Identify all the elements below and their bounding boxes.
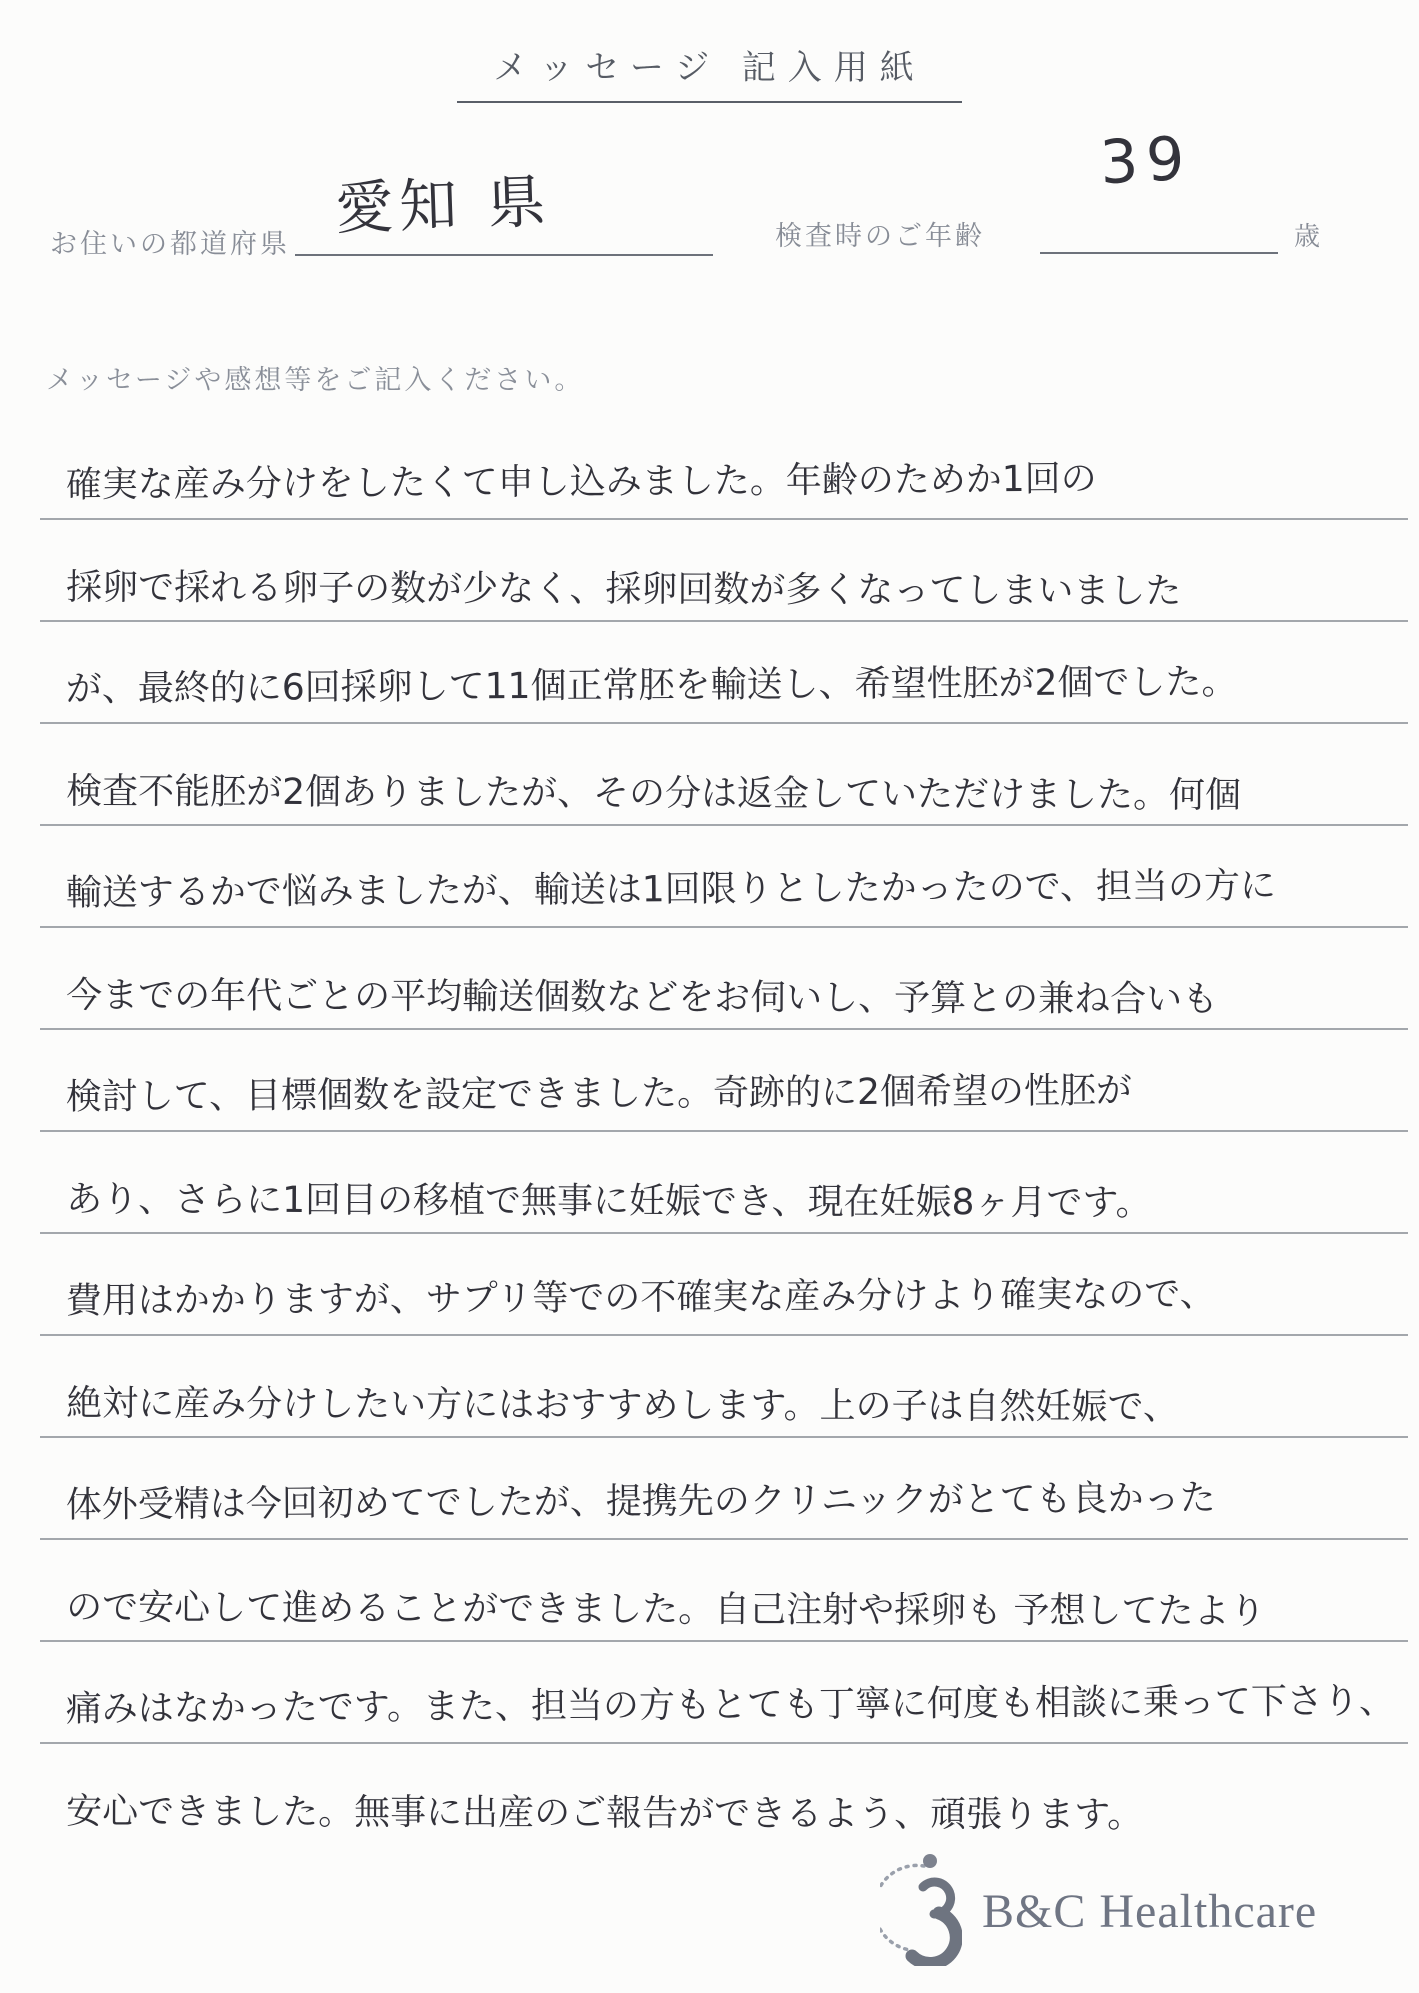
instruction-text: メッセージや感想等をご記入ください。: [46, 358, 584, 397]
message-line: 安心できました。無事に出産のご報告ができるよう、頑張ります。: [40, 1744, 1408, 1844]
page-title: メッセージ 記入用紙: [457, 40, 961, 103]
message-line-text: 検討して、目標個数を設定できました。奇跡的に2個希望の性胚が: [40, 1062, 1133, 1130]
message-line-text: が、最終的に6回採卵して11個正常胚を輸送し、希望性胚が2個でした。: [40, 654, 1238, 722]
message-line-text: あり、さらに1回目の移植で無事に妊娠でき、現在妊娠8ヶ月です。: [40, 1171, 1152, 1236]
age-unit-label: 歳: [1294, 216, 1323, 253]
message-line: 検討して、目標個数を設定できました。奇跡的に2個希望の性胚が: [40, 1030, 1408, 1132]
message-line: 輸送するかで悩みましたが、輸送は1回限りとしたかったので、担当の方に: [40, 826, 1408, 928]
fetus-logo-icon: [880, 1852, 962, 1971]
message-line: 採卵で採れる卵子の数が少なく、採卵回数が多くなってしまいました: [40, 520, 1408, 622]
age-label: 検査時のご年齢: [775, 214, 985, 253]
message-line-text: 確実な産み分けをしたくて申し込みました。年齢のためか1回の: [40, 451, 1097, 518]
message-line: 絶対に産み分けしたい方にはおすすめします。上の子は自然妊娠で、: [40, 1336, 1408, 1438]
message-line: 痛みはなかったです。また、担当の方もとても丁寧に何度も相談に乗って下さり、: [40, 1642, 1408, 1744]
title-row: メッセージ 記入用紙: [0, 40, 1419, 103]
company-logo: B&C Healthcare: [880, 1852, 1317, 1971]
message-line: 体外受精は今回初めてでしたが、提携先のクリニックがとても良かった: [40, 1438, 1408, 1540]
message-line: が、最終的に6回採卵して11個正常胚を輸送し、希望性胚が2個でした。: [40, 622, 1408, 724]
message-line-text: ので安心して進めることができました。自己注射や採卵も 予想してたより: [40, 1579, 1266, 1644]
message-line: 費用はかかりますが、サプリ等での不確実な産み分けより確実なので、: [40, 1234, 1408, 1336]
message-body: 確実な産み分けをしたくて申し込みました。年齢のためか1回の 採卵で採れる卵子の数…: [40, 418, 1408, 1844]
message-line-text: 痛みはなかったです。また、担当の方もとても丁寧に何度も相談に乗って下さり、: [40, 1673, 1395, 1742]
message-line-text: 検査不能胚が2個ありましたが、その分は返金していただけました。何個: [40, 763, 1241, 828]
message-line: ので安心して進めることができました。自己注射や採卵も 予想してたより: [40, 1540, 1408, 1642]
prefecture-label: お住いの都道府県: [50, 222, 290, 261]
message-line: 検査不能胚が2個ありましたが、その分は返金していただけました。何個: [40, 724, 1408, 826]
message-line-text: 費用はかかりますが、サプリ等での不確実な産み分けより確実なので、: [40, 1266, 1216, 1334]
age-handwritten-value: 39: [1098, 124, 1194, 199]
message-line: 今までの年代ごとの平均輸送個数などをお伺いし、予算との兼ね合いも: [40, 928, 1408, 1030]
message-line: 確実な産み分けをしたくて申し込みました。年齢のためか1回の: [40, 418, 1408, 520]
message-line-text: 体外受精は今回初めてでしたが、提携先のクリニックがとても良かった: [40, 1470, 1216, 1538]
message-line-text: 今までの年代ごとの平均輸送個数などをお伺いし、予算との兼ね合いも: [40, 967, 1218, 1032]
message-line-text: 絶対に産み分けしたい方にはおすすめします。上の子は自然妊娠で、: [40, 1375, 1179, 1440]
message-line-text: 輸送するかで悩みましたが、輸送は1回限りとしたかったので、担当の方に: [40, 857, 1277, 926]
logo-wordmark: B&C Healthcare: [982, 1884, 1317, 1939]
message-line-text: 安心できました。無事に出産のご報告ができるよう、頑張ります。: [40, 1783, 1143, 1848]
message-line: あり、さらに1回目の移植で無事に妊娠でき、現在妊娠8ヶ月です。: [40, 1132, 1408, 1234]
message-line-text: 採卵で採れる卵子の数が少なく、採卵回数が多くなってしまいました: [40, 559, 1181, 624]
prefecture-handwritten-value: 愛知 県: [334, 154, 553, 246]
message-form-sheet: メッセージ 記入用紙 お住いの都道府県 愛知 県 検査時のご年齢 39 歳 メッ…: [0, 0, 1419, 1993]
